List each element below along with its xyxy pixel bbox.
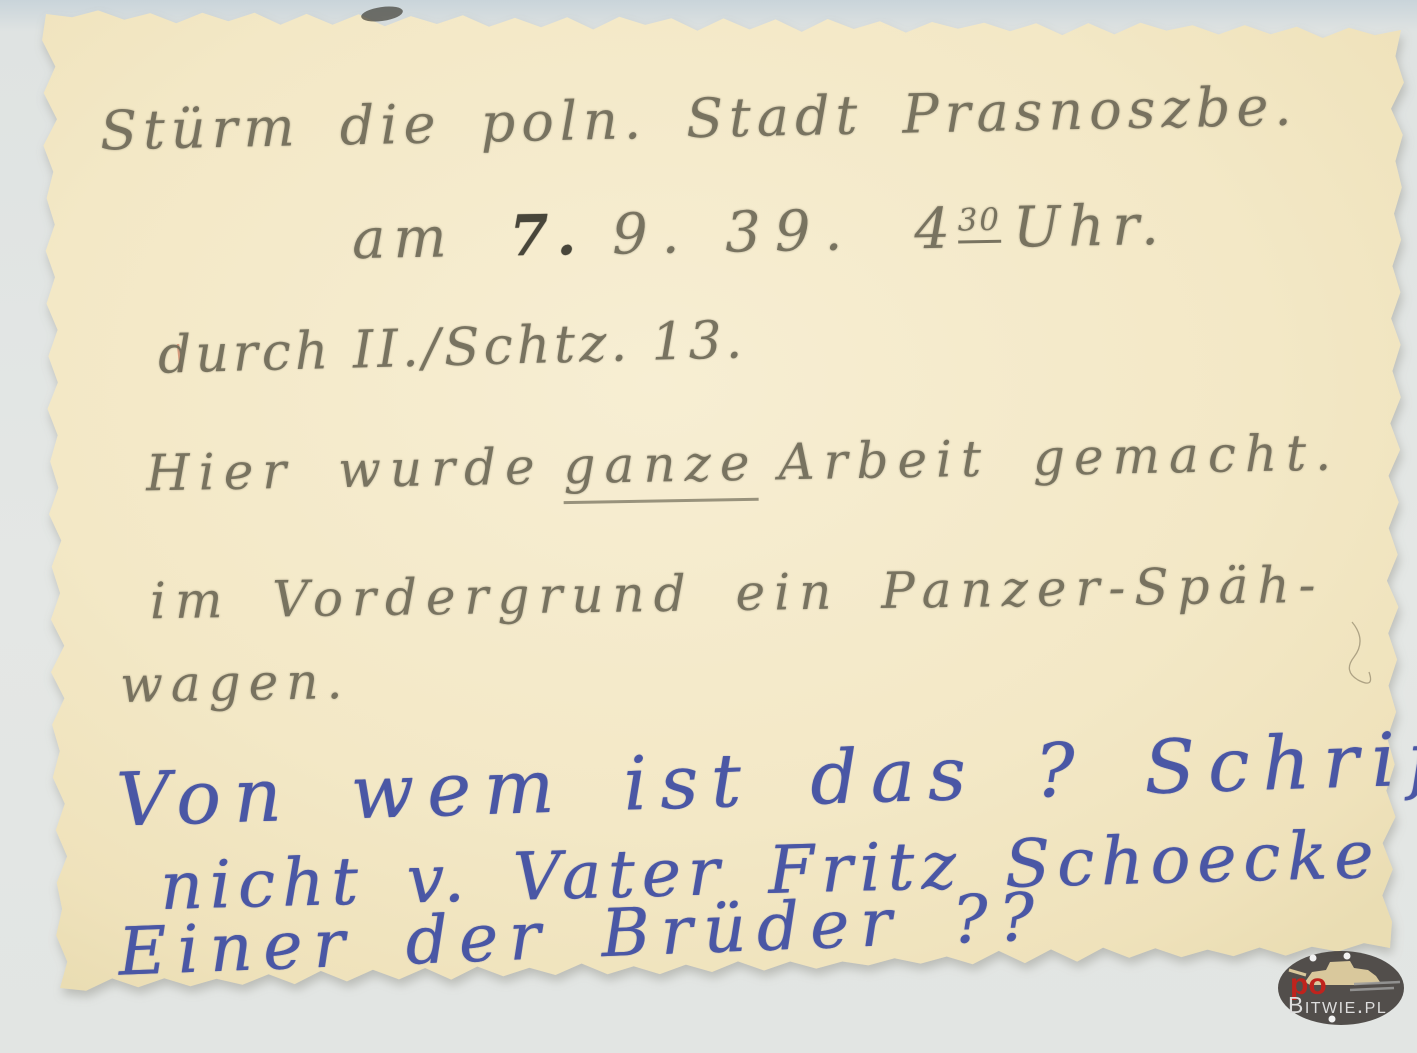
remark-post: Arbeit gemacht. [778,424,1341,492]
scanned-photo-back: Stürm die poln. Stadt Prasnoszbe. am7.9.… [0,0,1417,1053]
date-day: 7. [509,202,585,269]
date-unit: Uhr. [1013,193,1168,261]
remark-underlined: ganze [563,434,759,504]
date-hour: 4 [914,197,959,263]
date-minutes: 30 [957,202,1001,244]
date-monthyear: 9. 39. [611,198,856,267]
pencil-line-wagen: wagen. [120,656,351,710]
date-am: am [351,205,455,272]
pencil-line-unit: durch II./Schtz. 13. [157,314,746,381]
pencil-line-foreground: im Vordergrund ein Panzer-Späh- [150,560,1325,626]
remark-pre: Hier wurde [146,437,544,502]
